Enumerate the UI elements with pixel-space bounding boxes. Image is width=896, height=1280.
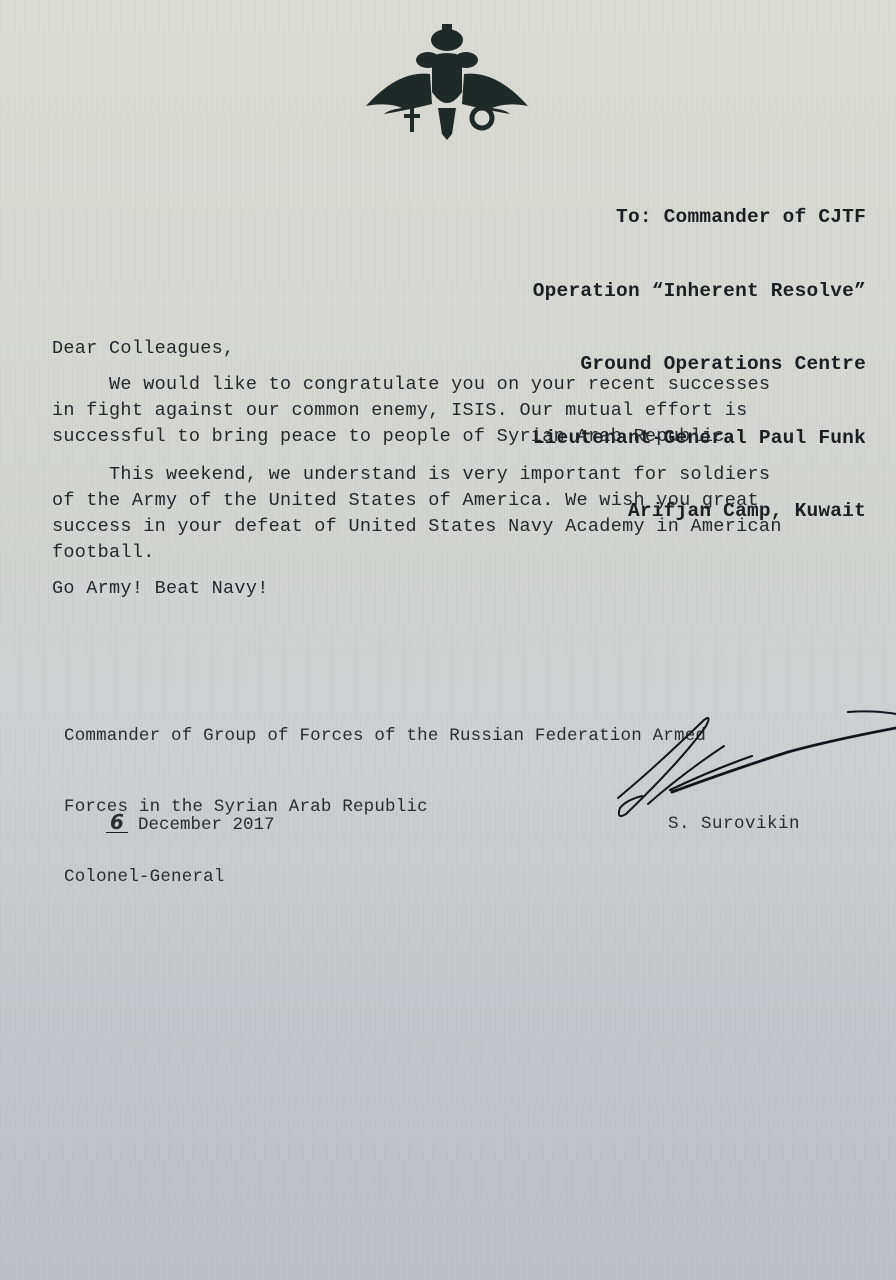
paragraph-line: success in your defeat of United States … — [52, 514, 852, 540]
paragraph-line: football. — [52, 540, 852, 566]
addressee-line: To: Commander of CJTF — [533, 205, 866, 230]
paragraph-line: We would like to congratulate you on you… — [52, 372, 852, 398]
letter-date: 6December 2017 — [64, 792, 274, 855]
paragraph-line: This weekend, we understand is very impo… — [52, 462, 852, 488]
salutation: Dear Colleagues, — [52, 336, 852, 362]
double-headed-eagle-emblem-icon — [358, 22, 536, 142]
signer-name: S. Surovikin — [668, 814, 800, 834]
paragraph-line: successful to bring peace to people of S… — [52, 424, 852, 450]
paragraph-football: This weekend, we understand is very impo… — [52, 462, 852, 566]
date-month-year: December 2017 — [138, 815, 275, 835]
sender-line: Commander of Group of Forces of the Russ… — [64, 725, 706, 749]
paragraph-line: in fight against our common enemy, ISIS.… — [52, 398, 852, 424]
paragraph-line: of the Army of the United States of Amer… — [52, 488, 852, 514]
closing-line: Go Army! Beat Navy! — [52, 576, 852, 602]
addressee-line: Operation “Inherent Resolve” — [533, 279, 866, 304]
paragraph-congratulations: We would like to congratulate you on you… — [52, 372, 852, 450]
date-day-handwritten: 6 — [106, 812, 128, 833]
handwritten-signature-icon — [612, 700, 896, 824]
letter-page: To: Commander of CJTF Operation “Inheren… — [0, 0, 896, 1280]
sender-line: Colonel-General — [64, 866, 706, 890]
